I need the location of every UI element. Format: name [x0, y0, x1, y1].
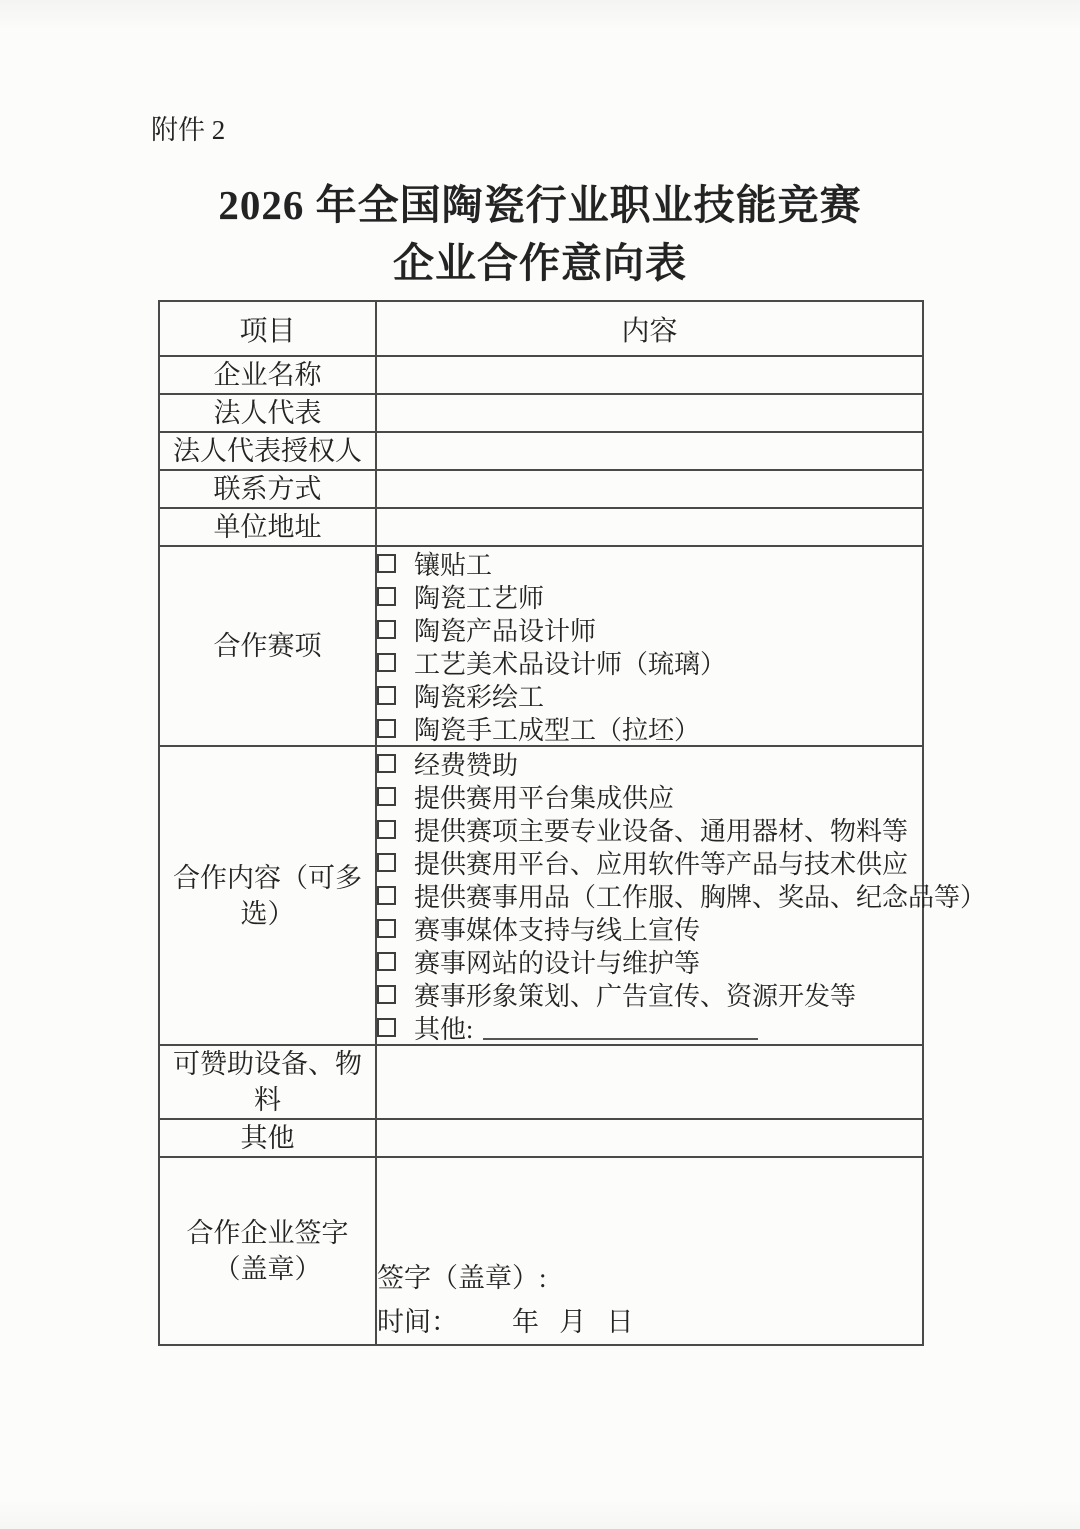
checkbox-label: 提供赛用平台集成供应	[414, 778, 674, 815]
cooperation-content-row: 合作内容（可多选） 经费赞助 提供赛用平台集成供应	[159, 746, 923, 1045]
checkbox-option[interactable]: 提供赛用平台、应用软件等产品与技术供应	[377, 846, 922, 879]
cooperation-intent-table: 项目 内容 企业名称 法人代表 法人代表授权人 联系方式 单位地址 合作赛项	[158, 300, 924, 1346]
checkbox-option[interactable]: 赛事媒体支持与线上宣传	[377, 912, 922, 945]
checkbox-option[interactable]: 提供赛用平台集成供应	[377, 780, 922, 813]
checkbox-icon[interactable]	[377, 919, 396, 938]
checkbox-option[interactable]: 工艺美术品设计师（琉璃）	[377, 646, 922, 679]
checkbox-option[interactable]: 陶瓷产品设计师	[377, 613, 922, 646]
other-row: 其他	[159, 1119, 923, 1157]
checkbox-option[interactable]: 经费赞助	[377, 747, 922, 780]
checkbox-option[interactable]: 镶贴工	[377, 547, 922, 580]
checkbox-label: 其他:	[414, 1009, 473, 1046]
cooperation-options-list: 经费赞助 提供赛用平台集成供应 提供赛项主要专业设备、通用器材、物料等	[377, 747, 922, 1011]
header-content-column: 内容	[376, 301, 923, 356]
competition-items-label: 合作赛项	[159, 546, 376, 746]
checkbox-label: 陶瓷产品设计师	[414, 611, 596, 648]
checkbox-icon[interactable]	[377, 587, 396, 606]
checkbox-icon[interactable]	[377, 686, 396, 705]
legal-representative-label: 法人代表	[159, 394, 376, 432]
authorized-person-label: 法人代表授权人	[159, 432, 376, 470]
checkbox-option[interactable]: 提供赛事用品（工作服、胸牌、奖品、纪念品等）	[377, 879, 922, 912]
form-title: 2026 年全国陶瓷行业职业技能竞赛 企业合作意向表	[0, 176, 1080, 292]
other-fill-line[interactable]	[483, 1016, 758, 1040]
table-row: 单位地址	[159, 508, 923, 546]
authorized-person-field[interactable]	[376, 432, 923, 470]
checkbox-icon[interactable]	[377, 554, 396, 573]
checkbox-option-other[interactable]: 其他:	[377, 1011, 922, 1044]
company-name-label: 企业名称	[159, 356, 376, 394]
competition-items-row: 合作赛项 镶贴工 陶瓷工艺师	[159, 546, 923, 746]
checkbox-label: 赛事形象策划、广告宣传、资源开发等	[414, 976, 856, 1013]
checkbox-icon[interactable]	[377, 820, 396, 839]
checkbox-option[interactable]: 提供赛项主要专业设备、通用器材、物料等	[377, 813, 922, 846]
competition-items-cell: 镶贴工 陶瓷工艺师 陶瓷产品设计师	[376, 546, 923, 746]
checkbox-icon[interactable]	[377, 653, 396, 672]
checkbox-label: 提供赛用平台、应用软件等产品与技术供应	[414, 844, 908, 881]
checkbox-label: 工艺美术品设计师（琉璃）	[414, 644, 726, 681]
header-item-column: 项目	[159, 301, 376, 356]
sponsor-equipment-label: 可赞助设备、物料	[159, 1045, 376, 1119]
checkbox-icon[interactable]	[377, 620, 396, 639]
checkbox-icon[interactable]	[377, 985, 396, 1004]
other-field[interactable]	[376, 1119, 923, 1157]
checkbox-label: 镶贴工	[414, 545, 492, 582]
checkbox-option[interactable]: 陶瓷彩绘工	[377, 679, 922, 712]
checkbox-label: 提供赛事用品（工作服、胸牌、奖品、纪念品等）	[414, 877, 986, 914]
signature-seal-line: 签字（盖章）:	[377, 1256, 922, 1300]
table-row: 法人代表授权人	[159, 432, 923, 470]
checkbox-icon[interactable]	[377, 719, 396, 738]
competition-options-list: 镶贴工 陶瓷工艺师 陶瓷产品设计师	[377, 547, 922, 745]
contact-info-label: 联系方式	[159, 470, 376, 508]
table-row: 法人代表	[159, 394, 923, 432]
cooperation-content-cell: 经费赞助 提供赛用平台集成供应 提供赛项主要专业设备、通用器材、物料等	[376, 746, 923, 1045]
checkbox-label: 赛事网站的设计与维护等	[414, 943, 700, 980]
sponsor-equipment-row: 可赞助设备、物料	[159, 1045, 923, 1119]
table-row: 联系方式	[159, 470, 923, 508]
checkbox-icon[interactable]	[377, 754, 396, 773]
scanned-form-page: 附件 2 2026 年全国陶瓷行业职业技能竞赛 企业合作意向表 项目 内容 企业…	[0, 0, 1080, 1529]
checkbox-label: 陶瓷工艺师	[414, 578, 544, 615]
signature-cell[interactable]: 签字（盖章）: 时间： 年 月 日	[376, 1157, 923, 1345]
checkbox-label: 陶瓷彩绘工	[414, 677, 544, 714]
table-row: 企业名称	[159, 356, 923, 394]
cooperation-content-label: 合作内容（可多选）	[159, 746, 376, 1045]
checkbox-option[interactable]: 陶瓷工艺师	[377, 580, 922, 613]
form-title-line1: 2026 年全国陶瓷行业职业技能竞赛	[0, 176, 1080, 234]
signature-label: 合作企业签字（盖章）	[159, 1157, 376, 1345]
company-address-field[interactable]	[376, 508, 923, 546]
legal-representative-field[interactable]	[376, 394, 923, 432]
form-title-line2: 企业合作意向表	[0, 234, 1080, 292]
checkbox-option[interactable]: 赛事形象策划、广告宣传、资源开发等	[377, 978, 922, 1011]
checkbox-icon[interactable]	[377, 886, 396, 905]
table-header-row: 项目 内容	[159, 301, 923, 356]
checkbox-label: 经费赞助	[414, 745, 518, 782]
checkbox-option[interactable]: 陶瓷手工成型工（拉坯）	[377, 712, 922, 745]
checkbox-label: 赛事媒体支持与线上宣传	[414, 910, 700, 947]
checkbox-label: 陶瓷手工成型工（拉坯）	[414, 710, 700, 747]
attachment-label: 附件 2	[151, 112, 225, 148]
sponsor-equipment-field[interactable]	[376, 1045, 923, 1119]
company-address-label: 单位地址	[159, 508, 376, 546]
checkbox-icon[interactable]	[377, 952, 396, 971]
checkbox-icon[interactable]	[377, 853, 396, 872]
company-name-field[interactable]	[376, 356, 923, 394]
checkbox-icon[interactable]	[377, 1018, 396, 1037]
checkbox-label: 提供赛项主要专业设备、通用器材、物料等	[414, 811, 908, 848]
checkbox-option[interactable]: 赛事网站的设计与维护等	[377, 945, 922, 978]
checkbox-icon[interactable]	[377, 787, 396, 806]
contact-info-field[interactable]	[376, 470, 923, 508]
signature-date-line: 时间： 年 月 日	[377, 1300, 922, 1344]
other-label: 其他	[159, 1119, 376, 1157]
signature-row: 合作企业签字（盖章） 签字（盖章）: 时间： 年 月 日	[159, 1157, 923, 1345]
